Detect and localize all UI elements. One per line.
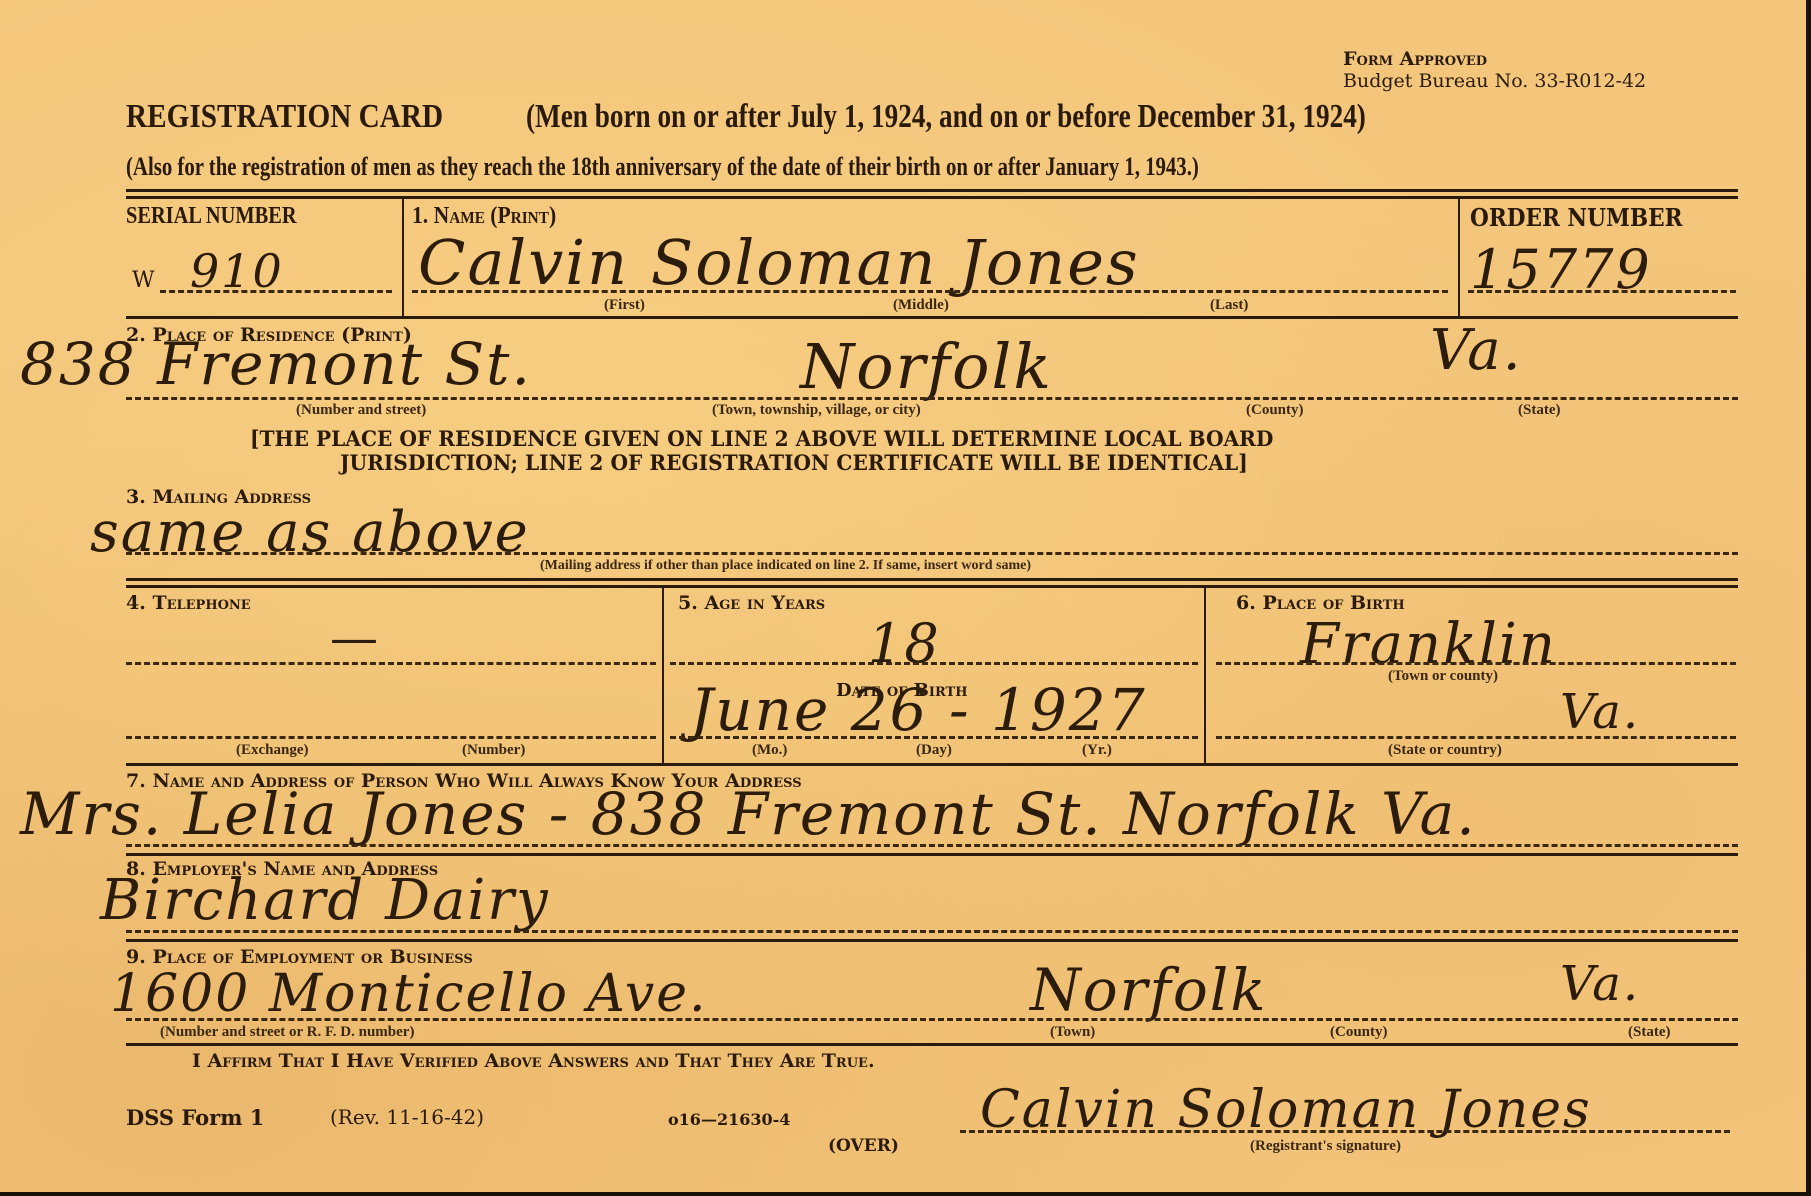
employment-sub-street: (Number and street or R. F. D. number) [160, 1024, 414, 1041]
dob-sub-day: (Day) [916, 742, 952, 759]
mailing-line [126, 552, 1738, 555]
employer-line [126, 930, 1738, 933]
employment-state-value[interactable]: Va. [1560, 956, 1640, 1012]
birthplace-label: 6. Place of Birth [1236, 592, 1405, 614]
card-title: REGISTRATION CARD [126, 98, 443, 136]
row8-bottom-rule [126, 939, 1738, 942]
name-sub-last: (Last) [1210, 297, 1248, 314]
form-revision: (Rev. 11-16-42) [330, 1105, 484, 1129]
name-sub-middle: (Middle) [893, 297, 949, 314]
order-line [1468, 290, 1736, 293]
residence-street-value[interactable]: 838 Fremont St. [20, 330, 532, 398]
employment-sub-county: (County) [1330, 1024, 1388, 1041]
row3-rule-bottom [126, 585, 1738, 588]
birthplace-state-value[interactable]: Va. [1560, 684, 1640, 740]
card-title-subtitle: (Men born on or after July 1, 1924, and … [526, 98, 1366, 136]
age-value[interactable]: 18 [868, 612, 941, 675]
divider-age-birthplace [1204, 588, 1206, 763]
row7-bottom-rule [126, 853, 1738, 856]
employment-sub-town: (Town) [1050, 1024, 1095, 1041]
divider-serial-name [402, 199, 404, 316]
over-marker: (OVER) [828, 1136, 899, 1156]
order-number-label: ORDER NUMBER [1470, 203, 1683, 232]
contact-value[interactable]: Mrs. Lelia Jones - 838 Fremont St. Norfo… [20, 780, 1477, 848]
telephone-sub-exchange: (Exchange) [236, 742, 309, 759]
residence-town-value[interactable]: Norfolk [800, 330, 1053, 403]
signature-sub: (Registrant's signature) [1250, 1138, 1401, 1155]
age-line [670, 662, 1198, 665]
divider-phone-age [662, 588, 664, 763]
header-rule-top [126, 189, 1738, 192]
row9-bottom-rule [126, 1043, 1738, 1046]
residence-state-value[interactable]: Va. [1430, 318, 1523, 383]
serial-number-label: SERIAL NUMBER [126, 203, 297, 230]
residence-sub-town: (Town, township, village, or city) [712, 402, 921, 419]
employment-town-value[interactable]: Norfolk [1030, 956, 1267, 1024]
contact-line [126, 844, 1738, 847]
telephone-sub-number: (Number) [462, 742, 525, 759]
registration-card: Form Approved Budget Bureau No. 33-R012-… [0, 0, 1810, 1196]
telephone-value[interactable]: — [330, 610, 380, 666]
card-subtitle-line2: (Also for the registration of men as the… [126, 152, 1199, 182]
employer-value[interactable]: Birchard Dairy [100, 868, 550, 933]
telephone-line-1 [126, 662, 656, 665]
telephone-label: 4. Telephone [126, 592, 251, 614]
name-value[interactable]: Calvin Soloman Jones [418, 226, 1140, 299]
name-line [412, 290, 1448, 293]
birthplace-town-sub: (Town or county) [1388, 668, 1498, 685]
birthplace-town-line [1216, 662, 1736, 665]
mailing-value[interactable]: same as above [90, 500, 530, 565]
name-sub-first: (First) [604, 297, 645, 314]
mailing-sub: (Mailing address if other than place ind… [540, 558, 1031, 574]
residence-notice-line1: [THE PLACE OF RESIDENCE GIVEN ON LINE 2 … [250, 426, 1273, 451]
employment-sub-state: (State) [1628, 1024, 1670, 1041]
row4-bottom-rule [126, 763, 1738, 766]
residence-line [126, 397, 1738, 400]
residence-notice-line2: JURISDICTION; LINE 2 OF REGISTRATION CER… [340, 450, 1248, 475]
serial-prefix: W [132, 268, 155, 293]
budget-bureau-number: Budget Bureau No. 33-R012-42 [1343, 70, 1646, 92]
print-code: o16—21630-4 [668, 1110, 790, 1129]
telephone-line-2 [126, 736, 656, 739]
serial-line [160, 290, 392, 293]
dob-sub-month: (Mo.) [752, 742, 787, 759]
header-rule-bottom [126, 196, 1738, 199]
employment-street-value[interactable]: 1600 Monticello Ave. [110, 964, 708, 1024]
form-approved-text: Form Approved [1343, 48, 1487, 70]
birthplace-state-sub: (State or country) [1388, 742, 1502, 759]
divider-name-order [1458, 199, 1460, 316]
dob-value[interactable]: June 26 - 1927 [690, 676, 1147, 744]
dob-sub-year: (Yr.) [1082, 742, 1112, 759]
signature-line [960, 1130, 1730, 1133]
age-label: 5. Age in Years [678, 592, 825, 614]
dob-line [670, 736, 1198, 739]
residence-sub-state: (State) [1518, 402, 1560, 419]
birthplace-state-line [1216, 736, 1736, 739]
residence-sub-county: (County) [1246, 402, 1304, 419]
affirmation-text: I Affirm That I Have Verified Above Answ… [192, 1050, 875, 1072]
form-id: DSS Form 1 [126, 1105, 264, 1130]
row3-rule-top [126, 578, 1738, 581]
employment-line [126, 1018, 1738, 1021]
residence-sub-street: (Number and street) [296, 402, 426, 419]
